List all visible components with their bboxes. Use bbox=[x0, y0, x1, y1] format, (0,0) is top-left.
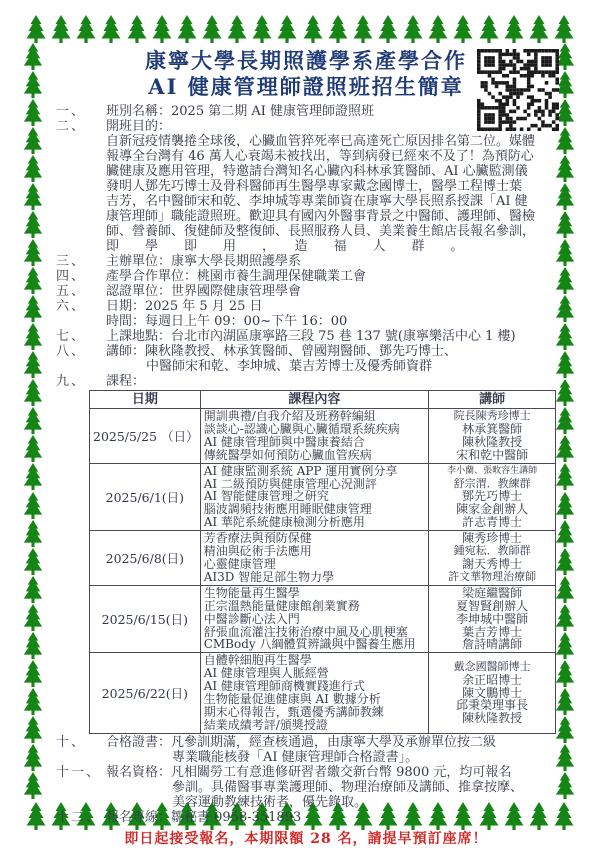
course-line: 開訓典禮/自我介紹及班務幹編組 bbox=[204, 410, 425, 423]
lecturer-line: 陳秋隆教授 bbox=[432, 712, 552, 725]
table-header-cell: 課程內容 bbox=[200, 391, 428, 409]
list-item: 七、上課地點：台北市內湖區康寧路三段 75 巷 137 號(康寧樂活中心 1 樓… bbox=[56, 329, 556, 344]
pine-tree-icon bbox=[22, 520, 44, 547]
pine-tree-icon bbox=[22, 239, 44, 266]
table-row: 2025/5/25 （日）開訓典禮/自我介紹及班務幹編組談談心-認識心臟與心臟循… bbox=[90, 409, 556, 464]
pine-tree-icon bbox=[426, 15, 450, 43]
item-line: 報導全台灣有 46 萬人心衰竭未被找出，等到病發已經來不及了！為預防心 bbox=[106, 149, 556, 164]
lecturer-line: 許志青博士 bbox=[432, 516, 552, 529]
item-body: 合格證書：凡參訓期滿，經查核通過，由康寧大學及承辦單位按二級專業職能核發「AI … bbox=[106, 735, 556, 765]
lecturer-line: 戴念國醫師博士 bbox=[432, 661, 552, 674]
pine-tree-icon bbox=[554, 716, 576, 743]
pine-tree-icon bbox=[22, 604, 44, 631]
item-line: 師、營養師、復健師及整復師、長照服務人員、美業養生館店長報名參訓， bbox=[106, 224, 556, 239]
pine-tree-icon bbox=[554, 239, 576, 266]
item-line: 吉芳，名中醫師宋和乾、李坤城等專業師資在康寧大學長照系授課「AI 健 bbox=[106, 194, 556, 209]
pine-tree-icon bbox=[477, 15, 501, 43]
course-line: 生物能量促進健康與 AI 數據分析 bbox=[204, 693, 425, 706]
list-item: 六、日期：2025 年 5 月 25 日時間：每週日上午 09：00~下午 16… bbox=[56, 299, 556, 329]
course-cell: 開訓典禮/自我介紹及班務幹編組談談心-認識心臟與心臟循環系統疾病AI 健康管理師… bbox=[200, 409, 428, 464]
item-number: 六、 bbox=[56, 299, 106, 329]
item-line: 課程： bbox=[106, 374, 556, 389]
list-item: 三、主辦單位：康寧大學長期照護學系 bbox=[56, 254, 556, 269]
lecturer-line: 夏智賢創辦人 bbox=[432, 600, 552, 613]
course-line: AI 華陀系統健康檢測分析應用 bbox=[204, 516, 425, 529]
list-item: 九、課程： bbox=[56, 374, 556, 389]
item-line: 時間：每週日上午 09：00~下午 16：00 bbox=[106, 314, 556, 329]
course-line: CMBody 八綱體質辨識與中醫養生應用 bbox=[204, 638, 425, 651]
item-number: 十二、 bbox=[56, 810, 106, 825]
tree-border-top bbox=[24, 15, 576, 43]
pine-tree-icon bbox=[502, 15, 526, 43]
pine-tree-icon bbox=[451, 15, 475, 43]
lecturer-line: 院長陳秀珍博士 bbox=[432, 410, 552, 423]
date-cell: 2025/5/25 （日） bbox=[90, 409, 201, 464]
pine-tree-icon bbox=[554, 632, 576, 659]
course-line: 傳統醫學如何預防心臟血管疾病 bbox=[204, 449, 425, 462]
pine-tree-icon bbox=[554, 744, 576, 771]
item-body: 報名資格：凡相關勞工有意進修研習者繳交新台幣 9800 元，均可報名參訓。具備醫… bbox=[106, 765, 556, 810]
lecturer-line: 許文華物理治療師 bbox=[432, 571, 552, 584]
list-item: 十一、報名資格：凡相關勞工有意進修研習者繳交新台幣 9800 元，均可報名參訓。… bbox=[56, 765, 556, 810]
pine-tree-icon bbox=[22, 548, 44, 575]
pine-tree-icon bbox=[554, 548, 576, 575]
pine-tree-icon bbox=[22, 379, 44, 406]
pine-tree-icon bbox=[22, 407, 44, 434]
pine-tree-icon bbox=[554, 688, 576, 715]
item-body: 開班目的：自新冠疫情襲捲全球後，心臟血管猝死率已高達死亡原因排名第二位。媒體報導… bbox=[106, 119, 556, 254]
footer-notice: 即日起接受報名，本期限額 28 名，請提早預訂座席！ bbox=[56, 828, 556, 848]
lecturer-line: 謝天秀博士 bbox=[432, 558, 552, 571]
course-line: AI 健康監測系統 APP 運用實例分享 bbox=[204, 465, 425, 478]
list-item: 十二、報名專線：鄒秘書 0958-351893 bbox=[56, 810, 556, 825]
pine-tree-icon bbox=[22, 127, 44, 154]
pine-tree-icon bbox=[552, 15, 576, 43]
item-number: 八、 bbox=[56, 344, 106, 374]
item-line: 合格證書：凡參訓期滿，經查核通過，由康寧大學及承辦單位按二級 bbox=[106, 735, 556, 750]
lecturer-cell: 陳秀珍博士鍾宛耘．教師群謝天秀博士許文華物理治療師 bbox=[429, 531, 556, 586]
item-line: 發明人鄧先巧博士及骨科醫師再生醫學專家戴念國博士，醫學工程博士葉 bbox=[106, 179, 556, 194]
pine-tree-icon bbox=[22, 744, 44, 771]
pine-tree-icon bbox=[22, 576, 44, 603]
pine-tree-icon bbox=[22, 492, 44, 519]
item-line: 報名專線：鄒秘書 0958-351893 bbox=[106, 810, 556, 825]
pine-tree-icon bbox=[554, 295, 576, 322]
pine-tree-icon bbox=[24, 15, 48, 43]
lecturer-cell: 院長陳秀珍博士林承箕醫師陳秋隆教授宋和乾中醫師 bbox=[429, 409, 556, 464]
item-number: 三、 bbox=[56, 254, 106, 269]
table-row: 2025/6/1(日)AI 健康監測系統 APP 運用實例分享AI 二級預防與健… bbox=[90, 463, 556, 531]
lecturer-line: 李坤城中醫師 bbox=[432, 613, 552, 626]
pine-tree-icon bbox=[326, 15, 350, 43]
pine-tree-icon bbox=[200, 15, 224, 43]
pine-tree-icon bbox=[74, 15, 98, 43]
pine-tree-icon bbox=[554, 492, 576, 519]
course-line: 結業成績考評/頒獎授證 bbox=[204, 719, 425, 732]
course-line: 正宗溫熱能量健康館創業實務 bbox=[204, 600, 425, 613]
course-line: 心靈健康管理 bbox=[204, 558, 425, 571]
lecturer-line: 林承箕醫師 bbox=[432, 423, 552, 436]
lecturer-line: 陳秋隆教授 bbox=[432, 436, 552, 449]
pine-tree-icon bbox=[22, 99, 44, 126]
table-row: 2025/6/8(日)芳香療法與預防保健精油與砭術手法應用心靈健康管理AI3D … bbox=[90, 531, 556, 586]
item-number: 二、 bbox=[56, 119, 106, 254]
course-line: 期末心得報告，甄選優秀講師教練 bbox=[204, 706, 425, 719]
pine-tree-icon bbox=[554, 351, 576, 378]
pine-tree-icon bbox=[175, 15, 199, 43]
pine-tree-icon bbox=[22, 211, 44, 238]
pine-tree-icon bbox=[225, 15, 249, 43]
item-line: 日期：2025 年 5 月 25 日 bbox=[106, 299, 556, 314]
item-line: 報名資格：凡相關勞工有意進修研習者繳交新台幣 9800 元，均可報名 bbox=[106, 765, 556, 780]
pine-tree-icon bbox=[150, 15, 174, 43]
pine-tree-icon bbox=[22, 688, 44, 715]
item-body: 課程： bbox=[106, 374, 556, 389]
pine-tree-icon bbox=[22, 435, 44, 462]
tree-border-right bbox=[554, 43, 578, 799]
title-line-1: 康寧大學長期照護學系產學合作 bbox=[145, 48, 467, 73]
item-line: 講師：陳秋隆教授、林承箕醫師、曾國翔醫師、鄧先巧博士、 bbox=[106, 344, 556, 359]
course-line: 談談心-認識心臟與心臟循環系統疾病 bbox=[204, 423, 425, 436]
pine-tree-icon bbox=[22, 323, 44, 350]
list-item: 八、講師：陳秋隆教授、林承箕醫師、曾國翔醫師、鄧先巧博士、中醫師宋和乾、李坤城、… bbox=[56, 344, 556, 374]
date-cell: 2025/6/15(日) bbox=[90, 585, 201, 653]
pine-tree-icon bbox=[22, 772, 44, 799]
pine-tree-icon bbox=[22, 660, 44, 687]
list-item: 四、產學合作單位：桃園市養生調理保健職業工會 bbox=[56, 269, 556, 284]
pine-tree-icon bbox=[554, 379, 576, 406]
item-number: 十、 bbox=[56, 735, 106, 765]
item-line: 班別名稱：2025 第二期 AI 健康管理師證照班 bbox=[106, 104, 556, 119]
lecturer-line: 梁庭繼醫師 bbox=[432, 587, 552, 600]
item-number: 五、 bbox=[56, 284, 106, 299]
course-cell: AI 健康監測系統 APP 運用實例分享AI 二級預防與健康管理心況測評AI 智… bbox=[200, 463, 428, 531]
pine-tree-icon bbox=[22, 463, 44, 490]
page-title: 康寧大學長期照護學系產學合作 AI 健康管理師證照班招生簡章 bbox=[56, 48, 556, 100]
item-number: 四、 bbox=[56, 269, 106, 284]
pine-tree-icon bbox=[554, 772, 576, 799]
items-list: 一、班別名稱：2025 第二期 AI 健康管理師證照班二、開班目的：自新冠疫情襲… bbox=[56, 104, 556, 825]
pine-tree-icon bbox=[401, 15, 425, 43]
list-item: 十、合格證書：凡參訓期滿，經查核通過，由康寧大學及承辦單位按二級專業職能核發「A… bbox=[56, 735, 556, 765]
pine-tree-icon bbox=[22, 71, 44, 98]
table-row: 2025/6/22(日)自體幹細胞再生醫學AI 健康管理與人脈經營AI 健康管理… bbox=[90, 653, 556, 733]
tree-border-left bbox=[22, 43, 46, 799]
pine-tree-icon bbox=[554, 323, 576, 350]
course-cell: 生物能量再生醫學正宗溫熱能量健康館創業實務中醫診斷心法入門舒張血流灌注技術治療中… bbox=[200, 585, 428, 653]
pine-tree-icon bbox=[22, 351, 44, 378]
pine-tree-icon bbox=[351, 15, 375, 43]
flyer-content: 康寧大學長期照護學系產學合作 AI 健康管理師證照班招生簡章 一、班別名稱：20… bbox=[56, 48, 556, 848]
item-number: 七、 bbox=[56, 329, 106, 344]
item-line: 開班目的： bbox=[106, 119, 556, 134]
table-header-cell: 講師 bbox=[429, 391, 556, 409]
flyer-page: 康寧大學長期照護學系產學合作 AI 健康管理師證照班招生簡章 一、班別名稱：20… bbox=[0, 0, 600, 848]
item-line: 即 學 即 用 ， 造 福 人 群 。 bbox=[106, 239, 556, 254]
pine-tree-icon bbox=[554, 520, 576, 547]
lecturer-cell: 梁庭繼醫師夏智賢創辦人李坤城中醫師葉吉芳博士詹詩晴講師 bbox=[429, 585, 556, 653]
list-item: 一、班別名稱：2025 第二期 AI 健康管理師證照班 bbox=[56, 104, 556, 119]
pine-tree-icon bbox=[49, 15, 73, 43]
item-line: 中醫師宋和乾、李坤城、葉吉芳博士及優秀師資群 bbox=[106, 359, 556, 374]
date-cell: 2025/6/1(日) bbox=[90, 463, 201, 531]
lecturer-line: 李小蘭、張畋容生講師 bbox=[432, 465, 552, 478]
item-line: 專業職能核發「AI 健康管理師合格證書」。 bbox=[106, 750, 556, 765]
pine-tree-icon bbox=[125, 15, 149, 43]
pine-tree-icon bbox=[554, 576, 576, 603]
item-line: 美容運動教練技術者，優先錄取。 bbox=[106, 795, 556, 810]
list-item: 二、開班目的：自新冠疫情襲捲全球後，心臟血管猝死率已高達死亡原因排名第二位。媒體… bbox=[56, 119, 556, 254]
item-body: 產學合作單位：桃園市養生調理保健職業工會 bbox=[106, 269, 556, 284]
pine-tree-icon bbox=[22, 295, 44, 322]
list-item: 五、認證單位：世界國際健康管理學會 bbox=[56, 284, 556, 299]
pine-tree-icon bbox=[376, 15, 400, 43]
pine-tree-icon bbox=[22, 155, 44, 182]
lecturer-line: 宋和乾中醫師 bbox=[432, 449, 552, 462]
course-cell: 自體幹細胞再生醫學AI 健康管理與人脈經營AI 健康管理師商機實踐進行式生物能量… bbox=[200, 653, 428, 733]
item-line: 自新冠疫情襲捲全球後，心臟血管猝死率已高達死亡原因排名第二位。媒體 bbox=[106, 134, 556, 149]
pine-tree-icon bbox=[22, 716, 44, 743]
item-number: 一、 bbox=[56, 104, 106, 119]
pine-tree-icon bbox=[554, 183, 576, 210]
item-body: 主辦單位：康寧大學長期照護學系 bbox=[106, 254, 556, 269]
item-body: 講師：陳秋隆教授、林承箕醫師、曾國翔醫師、鄧先巧博士、中醫師宋和乾、李坤城、葉吉… bbox=[106, 344, 556, 374]
item-body: 班別名稱：2025 第二期 AI 健康管理師證照班 bbox=[106, 104, 556, 119]
course-cell: 芳香療法與預防保健精油與砭術手法應用心靈健康管理AI3D 智能足部生物力學 bbox=[200, 531, 428, 586]
item-line: 主辦單位：康寧大學長期照護學系 bbox=[106, 254, 556, 269]
table-header-row: 日期課程內容講師 bbox=[90, 391, 556, 409]
pine-tree-icon bbox=[99, 15, 123, 43]
item-line: 產學合作單位：桃園市養生調理保健職業工會 bbox=[106, 269, 556, 284]
pine-tree-icon bbox=[554, 660, 576, 687]
item-line: 臟健康及應用管理，特邀請台灣知名心臟內科林承箕醫師、AI 心臟監測儀 bbox=[106, 164, 556, 179]
pine-tree-icon bbox=[527, 15, 551, 43]
table-header-cell: 日期 bbox=[90, 391, 201, 409]
lecturer-cell: 李小蘭、張畋容生講師舒宗渭．教練群鄧先巧博士陳家金創辦人許志青博士 bbox=[429, 463, 556, 531]
pine-tree-icon bbox=[22, 632, 44, 659]
item-body: 報名專線：鄒秘書 0958-351893 bbox=[106, 810, 556, 825]
pine-tree-icon bbox=[554, 463, 576, 490]
item-body: 日期：2025 年 5 月 25 日時間：每週日上午 09：00~下午 16：0… bbox=[106, 299, 556, 329]
lecturer-cell: 戴念國醫師博士余正昭博士陳文鵬博士邱秉榮理事長陳秋隆教授 bbox=[429, 653, 556, 733]
pine-tree-icon bbox=[554, 435, 576, 462]
item-line: 認證單位：世界國際健康管理學會 bbox=[106, 284, 556, 299]
item-line: 上課地點：台北市內湖區康寧路三段 75 巷 137 號(康寧樂活中心 1 樓) bbox=[106, 329, 556, 344]
pine-tree-icon bbox=[22, 43, 44, 70]
course-line: 生物能量再生醫學 bbox=[204, 587, 425, 600]
item-line: 參訓。具備醫事專業護理師、物理治療師及講師、推拿按摩、 bbox=[106, 780, 556, 795]
item-line: 康管理師」職能證照班。歡迎具有國內外醫事背景之中醫師、護理師、醫檢 bbox=[106, 209, 556, 224]
title-line-2: AI 健康管理師證照班招生簡章 bbox=[148, 74, 463, 99]
lecturer-line: 余正昭博士 bbox=[432, 674, 552, 687]
lecturer-line: 詹詩晴講師 bbox=[432, 638, 552, 651]
pine-tree-icon bbox=[554, 267, 576, 294]
item-body: 認證單位：世界國際健康管理學會 bbox=[106, 284, 556, 299]
item-body: 上課地點：台北市內湖區康寧路三段 75 巷 137 號(康寧樂活中心 1 樓) bbox=[106, 329, 556, 344]
pine-tree-icon bbox=[22, 183, 44, 210]
item-number: 九、 bbox=[56, 374, 106, 389]
table-row: 2025/6/15(日)生物能量再生醫學正宗溫熱能量健康館創業實務中醫診斷心法入… bbox=[90, 585, 556, 653]
pine-tree-icon bbox=[301, 15, 325, 43]
pine-tree-icon bbox=[22, 267, 44, 294]
pine-tree-icon bbox=[250, 15, 274, 43]
pine-tree-icon bbox=[554, 155, 576, 182]
course-line: AI 健康管理師與中醫康養結合 bbox=[204, 436, 425, 449]
date-cell: 2025/6/8(日) bbox=[90, 531, 201, 586]
pine-tree-icon bbox=[554, 407, 576, 434]
pine-tree-icon bbox=[554, 604, 576, 631]
course-line: 中醫診斷心法入門 bbox=[204, 613, 425, 626]
item-number: 十一、 bbox=[56, 765, 106, 810]
pine-tree-icon bbox=[275, 15, 299, 43]
pine-tree-icon bbox=[554, 211, 576, 238]
course-table: 日期課程內容講師2025/5/25 （日）開訓典禮/自我介紹及班務幹編組談談心-… bbox=[89, 390, 556, 734]
pine-tree-icon bbox=[24, 802, 48, 830]
course-line: AI3D 智能足部生物力學 bbox=[204, 571, 425, 584]
date-cell: 2025/6/22(日) bbox=[90, 653, 201, 733]
